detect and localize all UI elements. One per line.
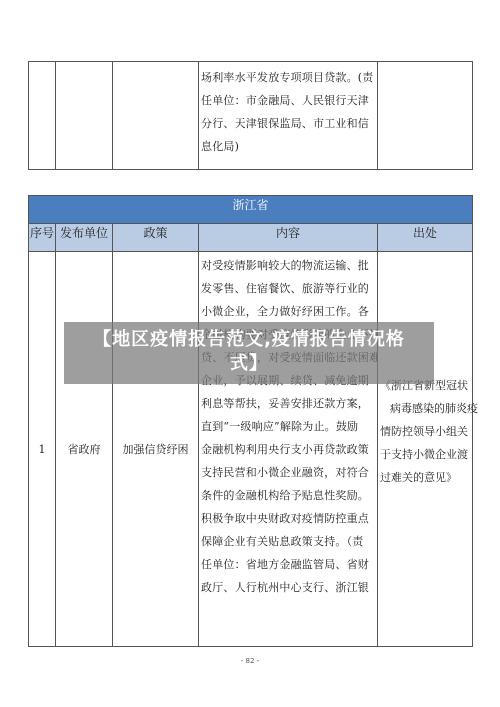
header-policy: 政策 bbox=[113, 224, 199, 252]
overlay-title-line: 【地区疫情报告范文,疫情报告情况格 bbox=[64, 328, 434, 352]
content-line: 场利率水平发放专项项目贷款。(责 bbox=[201, 66, 376, 89]
content-line: 任单位：市金融局、人民银行天津 bbox=[201, 89, 376, 112]
cell-unit bbox=[56, 62, 113, 170]
document-page: 场利率水平发放专项项目贷款。(责 任单位：市金融局、人民银行天津 分行、天津银保… bbox=[0, 0, 500, 707]
table-zhejiang: 浙江省 序号 发布单位 政策 内容 出处 1 省政府 加强信贷纾困 对受疫情影响… bbox=[28, 195, 473, 647]
province-title: 浙江省 bbox=[29, 196, 473, 224]
cell-source: 《浙江省新型冠状 病毒感染的肺炎疫 情防控领导小组关 于支持小微企业渡 过难关的… bbox=[378, 252, 473, 647]
cell-unit: 省政府 bbox=[56, 252, 113, 647]
source-line: 于支持小微企业渡 bbox=[380, 443, 472, 466]
content-line: 息化局) bbox=[201, 135, 376, 158]
table-row: 场利率水平发放专项项目贷款。(责 任单位：市金融局、人民银行天津 分行、天津银保… bbox=[29, 62, 473, 170]
cell-seq: 1 bbox=[29, 252, 56, 647]
cell-policy: 加强信贷纾困 bbox=[113, 252, 199, 647]
title-overlay-banner: 【地区疫情报告范文,疫情报告情况格 式】 bbox=[64, 322, 434, 384]
table-continuation: 场利率水平发放专项项目贷款。(责 任单位：市金融局、人民银行天津 分行、天津银保… bbox=[28, 61, 473, 170]
content-line: 条件的金融机构给予贴息性奖励。 bbox=[201, 484, 376, 507]
page-number: - 82 - bbox=[0, 657, 500, 665]
content-line: 分行、天津银保监局、市工业和信 bbox=[201, 112, 376, 135]
cell-policy bbox=[113, 62, 199, 170]
content-line: 任单位：省地方金融监管局、省财 bbox=[201, 553, 376, 576]
cell-content: 场利率水平发放专项项目贷款。(责 任单位：市金融局、人民银行天津 分行、天津银保… bbox=[199, 62, 378, 170]
cell-source bbox=[378, 62, 473, 170]
header-seq: 序号 bbox=[29, 224, 56, 252]
cell-content: 对受疫情影响较大的物流运输、批 发零售、住宿餐饮、旅游等行业的 小微企业，全力做… bbox=[199, 252, 378, 647]
content-line: 金融机构利用央行支小再贷款政策 bbox=[201, 438, 376, 461]
overlay-title-line: 式】 bbox=[64, 352, 434, 376]
content-line: 保障企业有关贴息政策支持。（责 bbox=[201, 530, 376, 553]
header-content: 内容 bbox=[199, 224, 378, 252]
content-line: 小微企业，全力做好纾困工作。各 bbox=[201, 300, 376, 323]
content-line: 支持民营和小微企业融资，对符合 bbox=[201, 461, 376, 484]
source-line: 过难关的意见》 bbox=[380, 466, 472, 489]
content-line: 发零售、住宿餐饮、旅游等行业的 bbox=[201, 277, 376, 300]
header-source: 出处 bbox=[378, 224, 473, 252]
column-header-row: 序号 发布单位 政策 内容 出处 bbox=[29, 224, 473, 252]
content-line: 对受疫情影响较大的物流运输、批 bbox=[201, 254, 376, 277]
province-header-row: 浙江省 bbox=[29, 196, 473, 224]
table-row: 1 省政府 加强信贷纾困 对受疫情影响较大的物流运输、批 发零售、住宿餐饮、旅游… bbox=[29, 252, 473, 647]
content-line: 利息等帮扶，妥善安排还款方案， bbox=[201, 392, 376, 415]
content-line: 积极争取中央财政对疫情防控重点 bbox=[201, 507, 376, 530]
source-line: 病毒感染的肺炎疫 bbox=[380, 397, 472, 420]
content-line: 政厅、人行杭州中心支行、浙江银 bbox=[201, 576, 376, 599]
source-line: 情防控领导小组关 bbox=[380, 420, 472, 443]
header-unit: 发布单位 bbox=[56, 224, 113, 252]
content-line: 直到“一级响应”解除为止。鼓励 bbox=[201, 415, 376, 438]
cell-seq bbox=[29, 62, 56, 170]
